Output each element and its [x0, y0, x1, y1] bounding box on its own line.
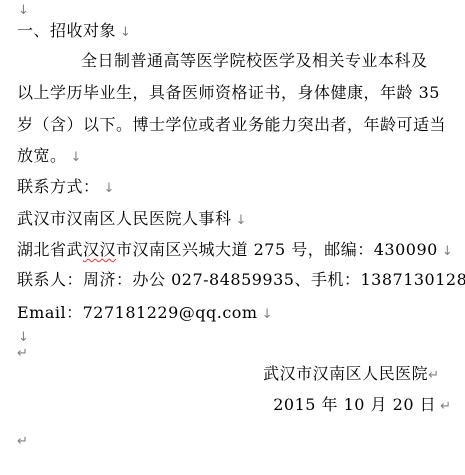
document-page[interactable]: ↓ 一、招收对象↓ 全日制普通高等医学院校医学及相关专业本科及 以上学历毕业生，…	[0, 0, 465, 475]
address-text: 市汉南区兴城大道 275 号，邮编：430090	[116, 240, 438, 259]
body-paragraph-line-4: 放宽。↓	[17, 148, 81, 164]
department-line: 武汉市汉南区人民医院人事科↓	[17, 211, 246, 227]
line-break-mark: ↓	[262, 307, 273, 322]
section-heading: 一、招收对象	[17, 21, 116, 40]
department-text: 武汉市汉南区人民医院人事科	[17, 209, 232, 228]
address-spellcheck-text: 汉汉	[83, 240, 116, 259]
empty-line-break: ↓	[18, 328, 29, 344]
body-text: 全日制普通高等医学院校医学及相关专业本科及	[81, 51, 428, 70]
paragraph-mark: ↵	[17, 346, 28, 361]
empty-line-bottom: ↵	[17, 432, 28, 448]
body-paragraph-line-2: 以上学历毕业生，具备医师资格证书，身体健康，年龄 35	[17, 85, 440, 101]
line-break-mark: ↓	[442, 244, 453, 259]
empty-line-top: ↓	[18, 1, 29, 17]
paragraph-mark: ↵	[17, 434, 28, 449]
email-text: Email：727181229@qq.com	[17, 303, 258, 322]
body-text: 以上学历毕业生，具备医师资格证书，身体健康，年龄 35	[17, 83, 440, 102]
paragraph-mark: ↵	[440, 399, 451, 414]
body-text: 放宽。	[17, 146, 67, 165]
empty-line-paragraph: ↵	[17, 344, 28, 360]
contact-heading: 联系方式：	[17, 177, 100, 196]
contact-heading-line: 联系方式：↓	[17, 179, 114, 195]
address-line: 湖北省武汉汉市汉南区兴城大道 275 号，邮编：430090↓	[17, 242, 453, 258]
contact-person-text: 联系人：周济：办公 027-84859935、手机：13871301288	[17, 270, 465, 289]
line-break-mark: ↓	[104, 181, 115, 196]
contact-person-line: 联系人：周济：办公 027-84859935、手机：13871301288↓	[17, 272, 465, 288]
address-text: 湖北省武	[17, 240, 83, 259]
signature-line: 武汉市汉南区人民医院↵	[263, 366, 439, 382]
line-break-mark: ↓	[18, 330, 29, 345]
body-text: 岁（含）以下。博士学位或者业务能力突出者，年龄可适当	[17, 115, 446, 134]
line-break-mark: ↓	[236, 213, 247, 228]
line-break-mark: ↓	[120, 25, 131, 40]
line-break-mark: ↓	[18, 3, 29, 18]
email-line: Email：727181229@qq.com↓	[17, 305, 273, 321]
line-break-mark: ↓	[71, 150, 82, 165]
body-paragraph-line-1: 全日制普通高等医学院校医学及相关专业本科及	[81, 53, 428, 69]
section-heading-line: 一、招收对象↓	[17, 23, 131, 39]
date-text: 2015 年 10 月 20 日	[273, 395, 436, 414]
paragraph-mark: ↵	[428, 368, 439, 383]
date-line: 2015 年 10 月 20 日↵	[273, 397, 451, 413]
signature-text: 武汉市汉南区人民医院	[263, 364, 428, 383]
body-paragraph-line-3: 岁（含）以下。博士学位或者业务能力突出者，年龄可适当	[17, 117, 446, 133]
